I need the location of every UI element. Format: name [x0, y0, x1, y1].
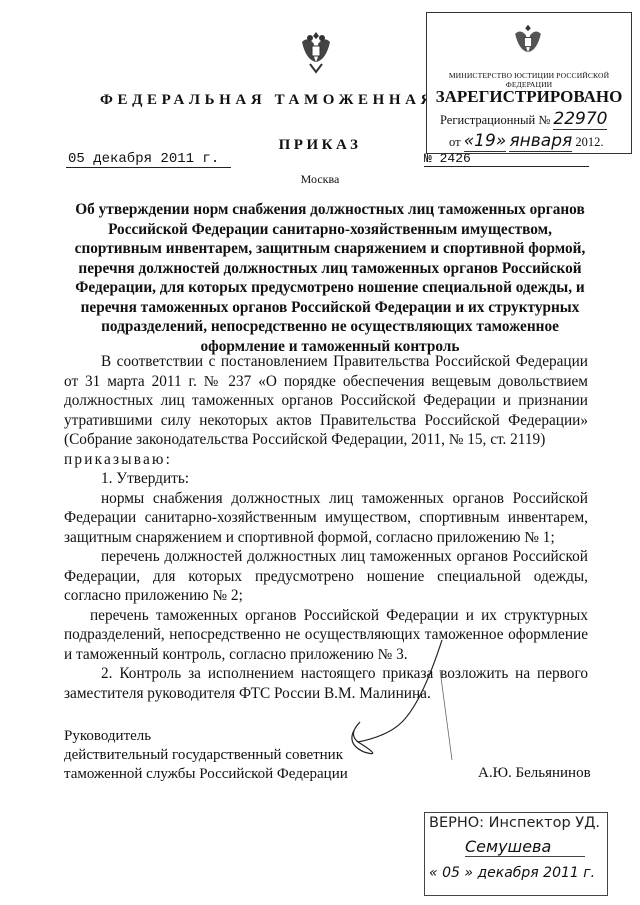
- order-subject: Об утверждении норм снабжения должностны…: [70, 200, 590, 356]
- order-body: В соответствии с постановлением Правител…: [64, 352, 588, 703]
- stamp-date-day: «19»: [464, 131, 507, 152]
- certification-stamp: ВЕРНО: Инспектор УД. Семушева « 05 » дек…: [424, 812, 608, 896]
- signatory-line3: таможенной службы Российской Федерации: [64, 765, 348, 784]
- stamp-date-prefix: от: [449, 135, 461, 149]
- certification-signature: Семушева: [465, 837, 585, 857]
- stamp-reg-label: Регистрационный №: [440, 113, 550, 127]
- order-date: 05 декабря 2011 г.: [66, 151, 231, 168]
- order-word: приказываю:: [64, 450, 588, 470]
- stamp-status: ЗАРЕГИСТРИРОВАНО: [427, 87, 631, 107]
- signatory-title: Руководитель действительный государствен…: [64, 727, 348, 784]
- stamp-date-line: от «19» января 2012.: [449, 131, 603, 151]
- stamp-reg-line: Регистрационный № 22970: [440, 109, 607, 129]
- registration-stamp: МИНИСТЕРСТВО ЮСТИЦИИ РОССИЙСКОЙ ФЕДЕРАЦИ…: [426, 12, 632, 154]
- stamp-date-month: января: [509, 131, 572, 152]
- certification-date: « 05 » декабря 2011 г.: [429, 865, 595, 881]
- item-1c: перечень таможенных органов Российской Ф…: [64, 606, 588, 665]
- item-2: 2. Контроль за исполнением настоящего пр…: [64, 664, 588, 703]
- coat-of-arms-icon: [296, 28, 336, 76]
- item-1a: нормы снабжения должностных лиц таможенн…: [64, 489, 588, 548]
- stamp-emblem-icon: [509, 21, 547, 65]
- handwritten-signature-icon: [330, 630, 480, 780]
- signatory-line1: Руководитель: [64, 727, 348, 746]
- certification-title: ВЕРНО: Инспектор УД.: [429, 815, 600, 831]
- signatory-line2: действительный государственный советник: [64, 746, 348, 765]
- signatory-name: А.Ю. Бельянинов: [478, 765, 591, 782]
- city: Москва: [0, 172, 640, 187]
- item-1b: перечень должностей должностных лиц тамо…: [64, 547, 588, 606]
- stamp-date-year: 2012.: [575, 135, 603, 149]
- stamp-reg-number: 22970: [553, 109, 607, 130]
- item-1: 1. Утвердить:: [64, 469, 588, 489]
- preamble: В соответствии с постановлением Правител…: [64, 352, 588, 450]
